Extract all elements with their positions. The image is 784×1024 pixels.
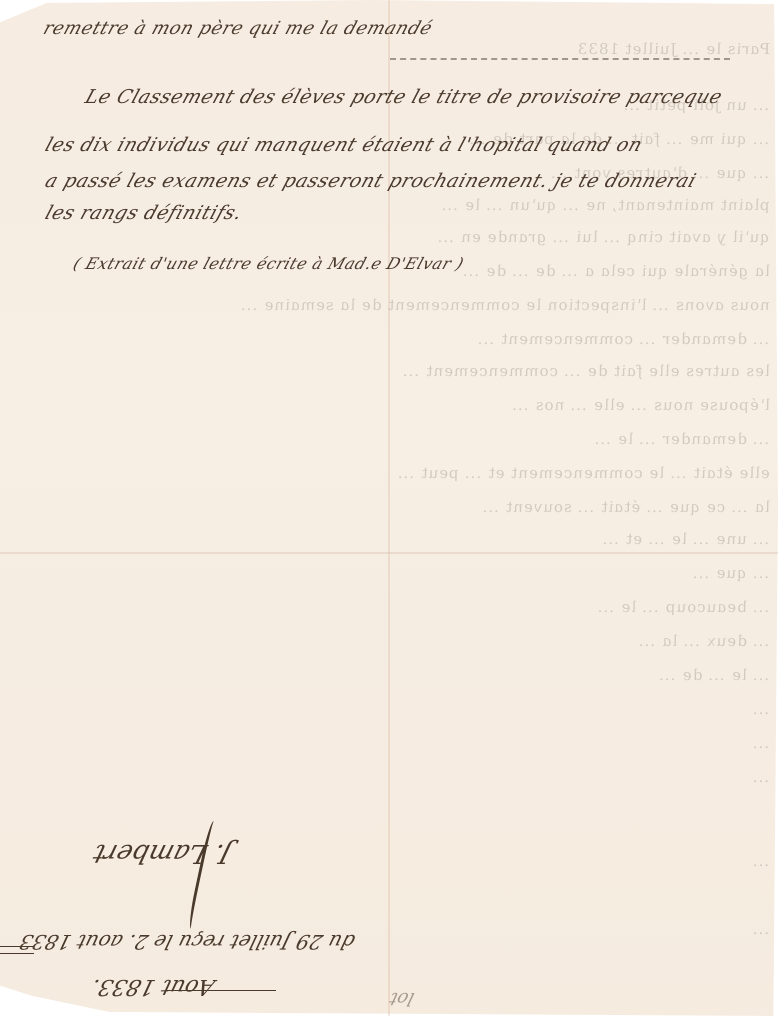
letter-line-2: Le Classement des élèves porte le titre … [82,86,725,108]
bleed-through-line: Paris le ... Juillet 1833 [8,40,772,58]
letter-line-4: a passé les examens et passeront prochai… [42,170,699,192]
bleed-through-line: elle était ... le commencement et ... pe… [8,464,772,482]
horizontal-fold-line [0,552,778,554]
bleed-through-line: ... une ... le ... et ... [8,530,772,548]
dashed-separator [390,58,730,60]
docket-received-line: du 29 Juillet reçu le 2. aout 1833 [17,930,358,954]
letter-line-3: les dix individus qui manquent étaient à… [42,134,645,156]
bleed-through-line: ... beaucoup ... le ... [8,598,772,616]
bleed-through-line: ... le ... de ... [8,666,772,684]
letter-line-5: les rangs définitifs. [42,202,245,224]
docket-rule [0,946,34,954]
bleed-through-line: la ... ce que ... était ... souvent ... [8,498,772,516]
bleed-through-line: nous avons ... l'inspection le commencem… [8,296,772,314]
docket-underline [166,990,276,991]
bleed-through-line: ... demander ... commencement ... [8,330,772,348]
bleed-through-line: ... que ... [8,564,772,582]
bleed-through-line: l'épouse nous ... elle ... nos ... [8,396,772,414]
docket-date: Aout 1833. [89,974,218,999]
bleed-through-line: ... demander ... le ... [8,430,772,448]
bleed-through-line: ... [8,700,772,718]
document-page: Paris le ... Juillet 1833 ... un joli pe… [0,0,784,1024]
letter-line-1: remettre à mon père qui me la demandé [41,18,436,39]
bleed-through-line: qu'il y avait cinq ... lui ... grande en… [8,228,772,246]
bleed-through-line: les autres elle fait de ... commencement… [8,362,772,380]
extract-note: ( Extrait d'une lettre écrite à Mad.e D'… [71,254,467,273]
bleed-through-line: ... [8,734,772,752]
bleed-through-line: ... deux ... la ... [8,632,772,650]
bleed-through-line: ... [8,768,772,786]
